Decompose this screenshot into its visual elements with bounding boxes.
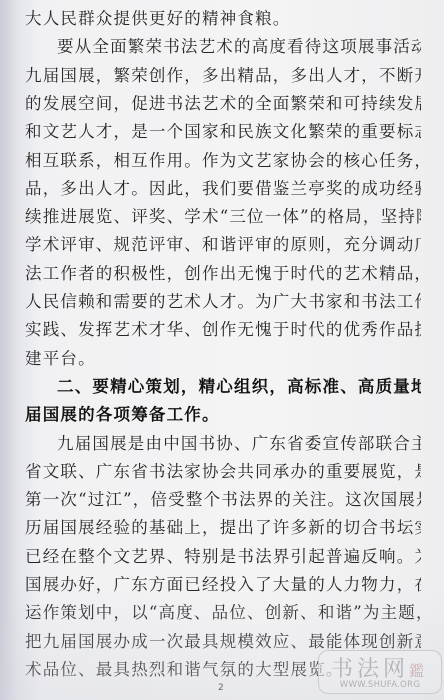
watermark-logo: 书法网鑑 [331, 652, 428, 683]
text-line: 建平台。 [25, 348, 421, 370]
text-line: 和文艺人才，是一个国家和民族文化繁荣的重要标志。二者之间 [25, 121, 421, 143]
text-line: 相互联系，相互作用。作为文艺家协会的核心任务，就是多出精 [25, 150, 421, 172]
watermark-url: WWW.SHUFA.ORG [319, 680, 441, 690]
watermark-logo-text: 书法网 [331, 657, 409, 682]
text-line: 国展办好，广东方面已经投入了大量的人力物力，在展览的 [25, 574, 421, 596]
seal-icon: 鑑 [409, 662, 428, 680]
text-line: 运作策划中，以“高度、品位、创新、和谐”为主题，力争 [25, 602, 421, 624]
text-line: 第一次“过江”，倍受整个书法界的关注。这次国展是在总结 [25, 489, 421, 511]
text-line: 实践、发挥艺术才华、创作无愧于时代的优秀作品提供条件，搭 [25, 319, 421, 341]
text-line: 人民信赖和需要的艺术人才。为广大书家和书法工作者投身艺术 [25, 291, 421, 313]
text-line: 续推进展览、评奖、学术“三位一体”的格局，坚持阳光评审、 [25, 206, 421, 228]
page-number: 2 [218, 683, 224, 693]
text-line: 的发展空间，促进书法艺术的全面繁荣和可持续发展。文艺精品 [25, 93, 421, 115]
text-line: 九届国展，繁荣创作，多出精品，多出人才，不断开拓书法事业 [25, 65, 421, 87]
text-line: 学术评审、规范评审、和谐评审的原则，充分调动广大书家和书 [25, 234, 421, 256]
text-line: 大人民群众提供更好的精神食粮。 [25, 8, 421, 30]
text-line: 法工作者的积极性，创作出无愧于时代的艺术精品，培养和推出 [25, 263, 421, 285]
section-heading-line: 二、要精心策划，精心组织，高标准、高质量地完成九 [57, 376, 421, 398]
text-line: 历届国展经验的基础上，提出了许多新的切合书坛实际的创意， [25, 517, 421, 539]
text-line: 省文联、广东省书法家协会共同承办的重要展览，是历届国展 [25, 461, 421, 483]
text-line: 九届国展是由中国书协、广东省委宣传部联合主办，广东 [57, 433, 421, 455]
section-heading-line: 届国展的各项筹备工作。 [25, 404, 421, 426]
watermark: 书法网鑑 WWW.SHUFA.ORG [318, 650, 442, 694]
document-page: 大人民群众提供更好的精神食粮。要从全面繁荣书法艺术的高度看待这项展事活动。通过举… [0, 0, 444, 700]
text-line: 品，多出人才。因此，我们要借鉴兰亭奖的成功经验和做法，继 [25, 178, 421, 200]
text-line: 已经在整个文艺界、特别是书法界引起普遍反响。为了把九届 [25, 546, 421, 568]
text-line: 要从全面繁荣书法艺术的高度看待这项展事活动。通过举办 [57, 36, 421, 58]
